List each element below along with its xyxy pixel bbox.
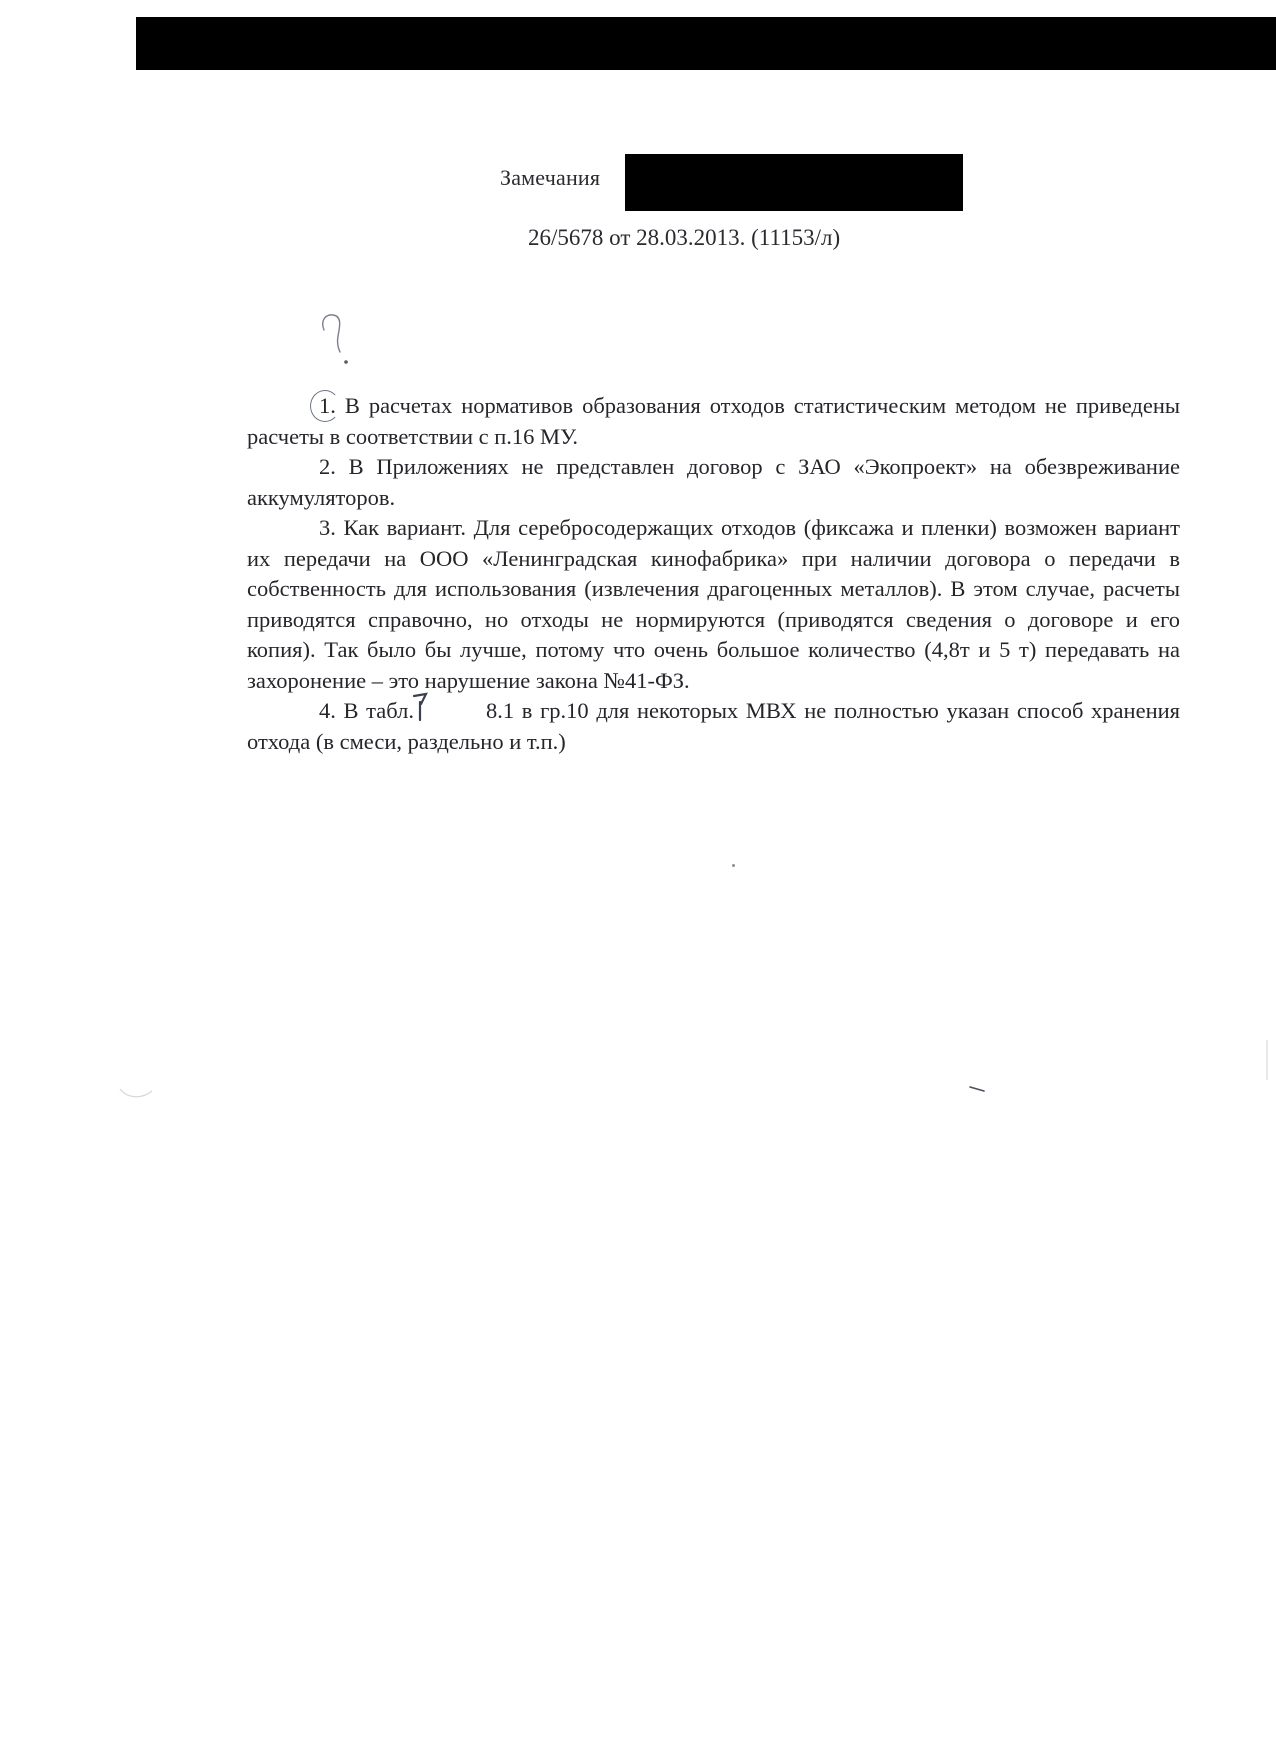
remarks-list: 1. В расчетах нормативов образования отх…	[247, 391, 1180, 757]
redaction-box-title	[625, 154, 963, 211]
remark-item-4: 4. В табл.8.1 в гр.10 для некоторых МВХ …	[247, 696, 1180, 757]
remark-text: Как вариант. Для серебросодержащих отход…	[247, 515, 1180, 693]
remark-number: 4.	[319, 698, 336, 723]
remark-number: 3.	[319, 515, 336, 540]
remark-number-circled: 1.	[319, 393, 336, 418]
table-reference-corrected: 8	[414, 696, 497, 727]
handwritten-question-mark-icon	[318, 312, 358, 372]
document-reference: 26/5678 от 28.03.2013. (11153/л)	[528, 225, 840, 251]
scan-artifact-edge	[1266, 1040, 1268, 1080]
remark-number: 2.	[319, 454, 336, 479]
redaction-bar-top	[136, 17, 1276, 70]
remark-text: В Приложениях не представлен договор с З…	[247, 454, 1180, 510]
scan-artifact-dot	[732, 864, 735, 867]
remark-text: В расчетах нормативов образования отходо…	[247, 393, 1180, 449]
scan-artifact-icon	[968, 1085, 988, 1095]
remark-text-before: В табл.	[336, 698, 414, 723]
document-title: Замечания	[500, 165, 600, 191]
remark-item-1: 1. В расчетах нормативов образования отх…	[247, 391, 1180, 452]
remark-item-3: 3. Как вариант. Для серебросодержащих от…	[247, 513, 1180, 696]
scan-artifact-icon	[118, 1085, 158, 1105]
remark-item-2: 2. В Приложениях не представлен договор …	[247, 452, 1180, 513]
